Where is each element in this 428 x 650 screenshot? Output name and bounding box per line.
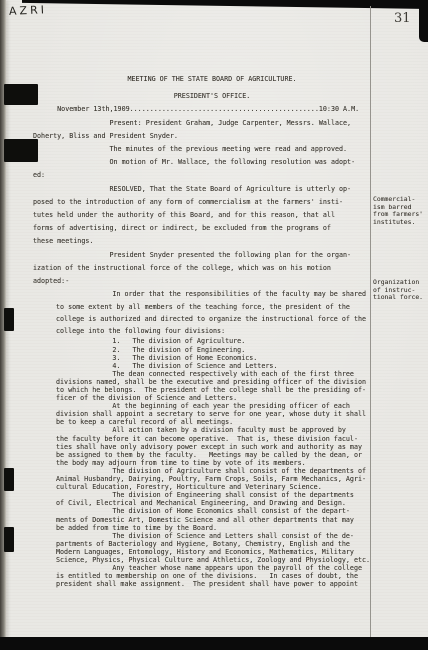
paragraph-deans: The dean connected respectively with eac… — [56, 370, 367, 402]
date-time-line: November 13th,1909......................… — [33, 103, 367, 116]
paragraph-secretary: At the beginning of each year the presid… — [56, 402, 367, 426]
paragraph-snyder-plan: President Snyder presented the following… — [33, 249, 367, 289]
document-body: MEETING OF THE STATE BOARD OF AGRICULTUR… — [33, 73, 367, 588]
paragraph-division-science-letters: The division of Science and Letters shal… — [56, 532, 367, 564]
document-title: MEETING OF THE STATE BOARD OF AGRICULTUR… — [33, 73, 367, 86]
plan-block: In order that the responsibilities of th… — [56, 288, 367, 588]
binding-tab-icon — [4, 527, 14, 552]
divisions-list: 1. The division of Agriculture. 2. The d… — [56, 337, 367, 369]
paragraph-faculty-approval: All action taken by a division faculty m… — [56, 426, 367, 466]
paragraph-present: Present: President Graham, Judge Carpent… — [33, 117, 367, 143]
binding-tab-icon — [4, 308, 14, 331]
paragraph-division-engineering: The division of Engineering shall consis… — [56, 491, 367, 507]
scan-edge-top — [22, 0, 428, 9]
handwritten-annotation: AZRI — [9, 3, 47, 18]
margin-note-organization: Organization of instruc- tional force. — [373, 279, 423, 302]
paragraph-division-home-economics: The division of Home Economics shall con… — [56, 507, 367, 531]
paragraph-division-agriculture: The division of Agriculture shall consis… — [56, 467, 367, 491]
paragraph-motion: On motion of Mr. Wallace, the following … — [33, 156, 367, 182]
margin-rule — [370, 6, 371, 637]
scanned-page: AZRI 31 MEETING OF THE STATE BOARD OF AG… — [0, 0, 428, 650]
paragraph-minutes-approved: The minutes of the previous meeting were… — [33, 143, 367, 156]
margin-note-commercialism: Commercial- ism barred from farmers' ins… — [373, 196, 423, 226]
page-number: 31 — [394, 11, 411, 26]
paragraph-membership: Any teacher whose name appears upon the … — [56, 564, 367, 588]
scan-edge-top-right — [419, 0, 428, 42]
scan-edge-bottom — [0, 637, 428, 650]
document-subtitle: PRESIDENT'S OFFICE. — [33, 90, 367, 103]
binding-tab-icon — [4, 468, 14, 491]
paragraph-plan-intro: In order that the responsibilities of th… — [56, 288, 367, 337]
paragraph-resolution: RESOLVED, That the State Board of Agricu… — [33, 183, 367, 249]
